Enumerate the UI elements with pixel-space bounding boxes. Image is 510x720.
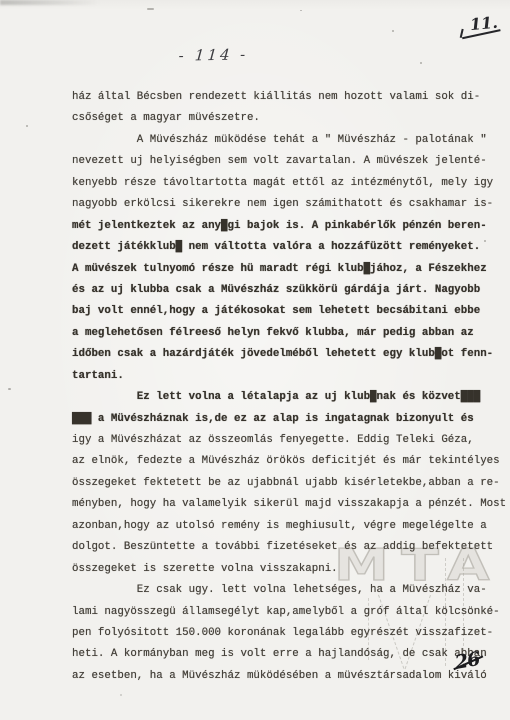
text-line: mét jelentkeztek az any█gi bajok is. A p… <box>72 216 498 237</box>
text-line: ményben, hogy ha valamelyik sikerül majd… <box>72 494 498 515</box>
scan-speck <box>26 125 28 127</box>
text-line: a meglehetősen félreeső helyn fekvő klub… <box>72 323 498 344</box>
scan-smudge <box>0 0 100 5</box>
typewritten-text: ház által Bécsben rendezett kiállitás ne… <box>72 87 498 687</box>
scan-speck <box>420 62 422 64</box>
text-line: Ez lett volna a létalapja az uj klub█nak… <box>72 387 498 408</box>
text-line: heti. A kormányban meg is volt erre a ha… <box>72 644 498 665</box>
text-line: A müvészek tulnyomó része hü maradt régi… <box>72 259 498 280</box>
text-line: nagyobb erkölcsi sikerekre nem igen szám… <box>72 194 498 215</box>
text-line: időben csak a hazárdjáték jövedelméből l… <box>72 344 498 365</box>
text-line: nevezett uj helyiségben sem volt zavarta… <box>72 151 498 172</box>
text-line: az elnök, fedezte a Müvészház örökös def… <box>72 451 498 472</box>
text-line: lami nagyösszegü államsegélyt kap,amelyb… <box>72 602 498 623</box>
scan-speck <box>8 388 11 390</box>
text-line: összegeket is szerette volna visszakapni… <box>72 559 498 580</box>
text-line: dezett játékklub█ nem váltotta valóra a … <box>72 237 498 258</box>
text-line: csőséget a magyar müvészetre. <box>72 108 498 129</box>
text-line: pen folyósitott 150.000 koronának legalá… <box>72 623 498 644</box>
text-line: összegeket fektetett be az ujabbnál ujab… <box>72 473 498 494</box>
text-line: az esetben, ha a Müvészház müködésében a… <box>72 666 498 687</box>
text-line: és az uj klubba csak a Müvészház szükkör… <box>72 280 498 301</box>
text-line: kenyebb része távoltartotta magát ettől … <box>72 173 498 194</box>
text-line: ███ a Müvészháznak is,de ez az alap is i… <box>72 409 498 430</box>
scan-speck <box>392 30 394 32</box>
handwritten-page-number: 11. <box>465 13 501 37</box>
scan-speck <box>300 10 302 11</box>
text-line: igy a Müvészházat az összeomlás fenyeget… <box>72 430 498 451</box>
scan-smudge <box>147 8 154 10</box>
text-line: baj volt ennél,hogy a játékosokat sem le… <box>72 301 498 322</box>
scan-speck <box>120 694 122 696</box>
handwritten-correction-number: 26 <box>453 648 481 674</box>
text-line: tartani. <box>72 366 498 387</box>
text-line: A Müvészház müködése tehát a " Müvészház… <box>72 130 498 151</box>
page-number-header: - 114 - <box>176 45 250 64</box>
text-line: Ez csak ugy. lett volna lehetséges, ha a… <box>72 580 498 601</box>
text-line: dolgot. Beszüntette a további fizetéseke… <box>72 537 498 558</box>
scanned-page: 11. - 114 - MTA ház által Bécsben rendez… <box>0 0 510 720</box>
text-line: azonban,hogy az utolsó remény is meghius… <box>72 516 498 537</box>
text-line: ház által Bécsben rendezett kiállitás ne… <box>72 87 498 108</box>
